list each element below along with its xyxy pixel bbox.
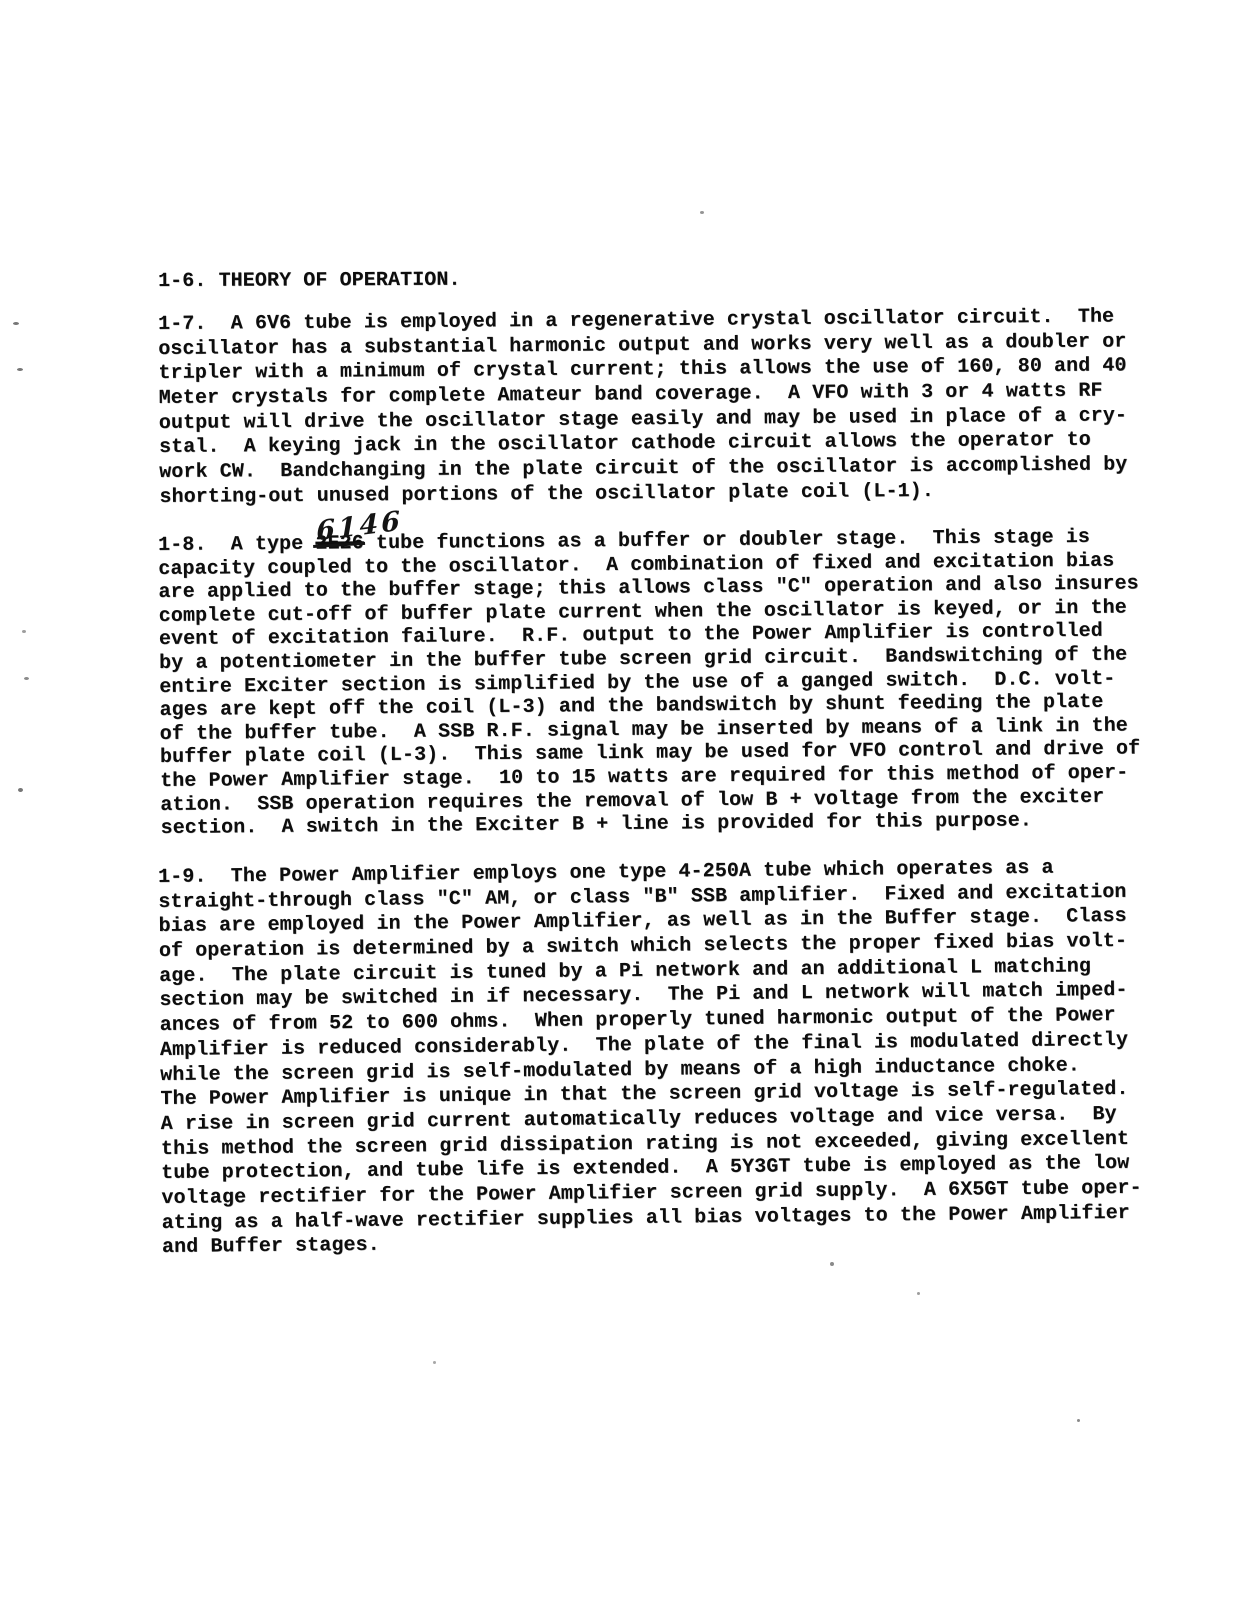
- scan-speck: [700, 211, 704, 214]
- line-prefix-text: 1-8. A type: [158, 533, 316, 557]
- scan-speck: [830, 1262, 834, 1266]
- scan-speck: [24, 677, 29, 680]
- scan-speck: [917, 1292, 920, 1295]
- paragraph-1-8: 1-8. A type 2E26 tube functions as a buf…: [158, 525, 1141, 840]
- section-heading: 1-6. THEORY OF OPERATION.: [158, 269, 461, 293]
- paragraph-1-9: 1-9. The Power Amplifier employs one typ…: [158, 856, 1142, 1261]
- scan-speck: [433, 1361, 436, 1364]
- scanned-manual-page: 1-6. THEORY OF OPERATION. 1-7. A 6V6 tub…: [0, 0, 1237, 1600]
- paragraph-1-8-remaining-lines: capacity coupled to the oscillator. A co…: [158, 549, 1141, 841]
- scan-speck: [13, 322, 19, 325]
- scan-speck: [18, 788, 23, 792]
- scan-speck: [22, 630, 26, 633]
- scan-speck: [17, 368, 23, 371]
- paragraph-1-7: 1-7. A 6V6 tube is employed in a regener…: [158, 305, 1128, 510]
- scan-speck: [1077, 1419, 1080, 1422]
